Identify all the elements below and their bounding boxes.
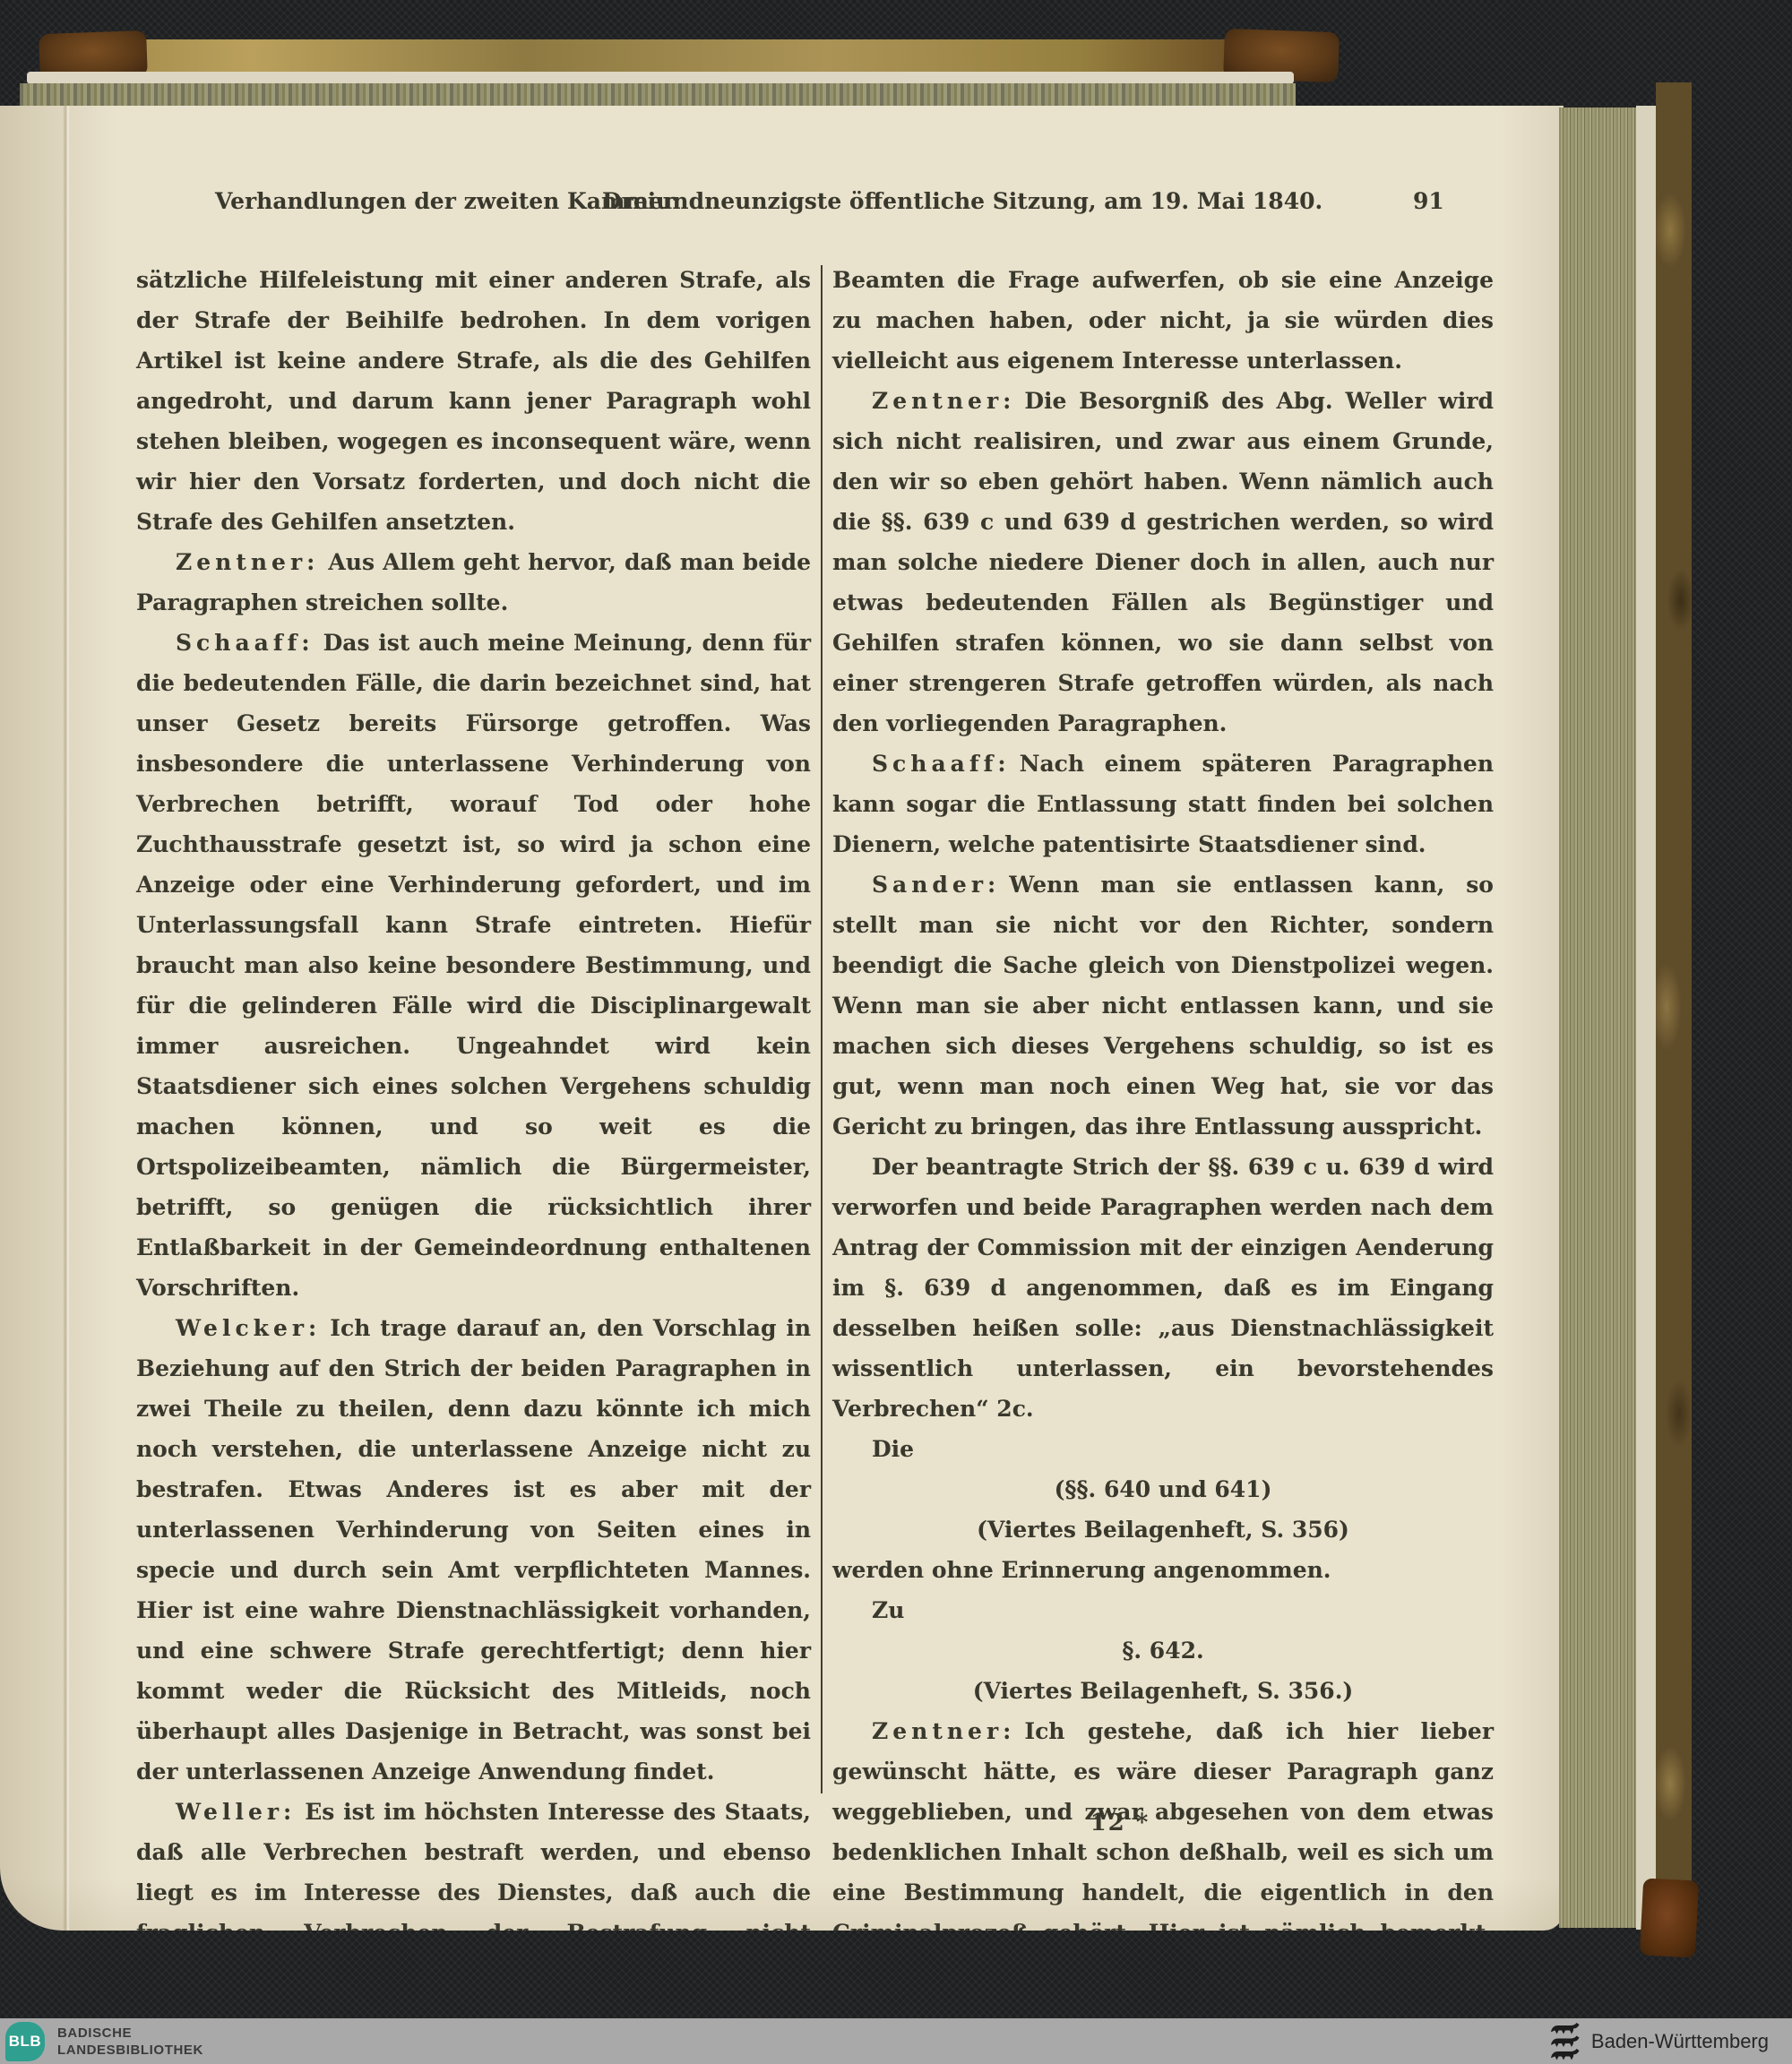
- paragraph: Die: [832, 1429, 1494, 1469]
- scanned-book-page: Verhandlungen der zweiten Kammer Dreiund…: [0, 106, 1564, 1931]
- paragraph: §. 642.: [832, 1630, 1494, 1671]
- viewer-footer-bar: BLB BADISCHE LANDESBIBLIOTHEK Baden-Würt…: [0, 2018, 1792, 2064]
- state-label: Baden-Württemberg: [1591, 2030, 1769, 2053]
- library-name-line2: LANDESBIBLIOTHEK: [57, 2042, 203, 2059]
- baden-wuerttemberg-lions-icon: [1550, 2023, 1581, 2060]
- book-fore-edge-pages: [1559, 107, 1636, 1928]
- printed-text-area: Verhandlungen der zweiten Kammer Dreiund…: [0, 106, 1564, 1931]
- text-column-left: sätzliche Hilfeleistung mit einer andere…: [136, 260, 811, 1931]
- speaker-name: Schaaff:: [872, 751, 1020, 777]
- text-column-right: Beamten die Frage aufwerfen, ob sie eine…: [832, 260, 1494, 1931]
- digitized-book-viewer: { "header": { "left_title": "Verhandlung…: [0, 0, 1792, 2064]
- signature-mark: 12 *: [1021, 1810, 1219, 1836]
- page-number: 91: [1413, 188, 1444, 214]
- speaker-name: Sander:: [872, 872, 1009, 898]
- book-leather-corner-bottom: [1640, 1878, 1699, 1957]
- paragraph: (§§. 640 und 641): [832, 1469, 1494, 1509]
- paragraph: Beamten die Frage aufwerfen, ob sie eine…: [832, 260, 1494, 381]
- speech-paragraph: Schaaff:Nach einem späteren Paragraphen …: [832, 744, 1494, 864]
- speech-paragraph: Sander:Wenn man sie entlassen kann, so s…: [832, 864, 1494, 1147]
- paragraph: Zu: [832, 1590, 1494, 1630]
- library-branding: BLB BADISCHE LANDESBIBLIOTHEK: [5, 2022, 203, 2061]
- book-marbled-cover-edge: [1656, 82, 1692, 1931]
- book-top-white-band: [27, 72, 1294, 84]
- state-branding: Baden-Württemberg: [1550, 2023, 1769, 2060]
- speech-paragraph: Weller:Es ist im höchsten Interesse des …: [136, 1792, 811, 1931]
- speech-paragraph: Zentner:Aus Allem geht hervor, daß man b…: [136, 542, 811, 623]
- speaker-name: Schaaff:: [176, 630, 323, 656]
- running-head-session-title: Dreiundneunzigste öffentliche Sitzung, a…: [602, 188, 1322, 214]
- book-top-page-edges: [52, 39, 1303, 73]
- blb-logo-acronym: BLB: [9, 2033, 41, 2051]
- paragraph: Der beantragte Strich der §§. 639 c u. 6…: [832, 1147, 1494, 1429]
- library-name: BADISCHE LANDESBIBLIOTHEK: [57, 2025, 203, 2059]
- library-name-line1: BADISCHE: [57, 2025, 203, 2042]
- speaker-name: Welcker:: [176, 1315, 330, 1341]
- speech-paragraph: Schaaff:Das ist auch meine Meinung, denn…: [136, 623, 811, 1308]
- speaker-name: Zentner:: [176, 549, 328, 575]
- paragraph: (Viertes Beilagenheft, S. 356.): [832, 1671, 1494, 1711]
- speaker-name: Weller:: [176, 1799, 305, 1825]
- speaker-name: Zentner:: [872, 388, 1024, 414]
- blb-logo-icon: BLB: [5, 2022, 45, 2061]
- column-divider-rule: [821, 265, 823, 1793]
- speaker-name: Zentner:: [872, 1718, 1024, 1744]
- paragraph: werden ohne Erinnerung angenommen.: [832, 1550, 1494, 1590]
- speech-paragraph: Welcker:Ich trage darauf an, den Vorschl…: [136, 1308, 811, 1792]
- book-endpaper-strip: [1636, 106, 1656, 1930]
- paragraph: sätzliche Hilfeleistung mit einer andere…: [136, 260, 811, 542]
- book-top-olive-band: [20, 83, 1296, 107]
- speech-paragraph: Zentner:Die Besorgniß des Abg. Weller wi…: [832, 381, 1494, 744]
- paragraph: (Viertes Beilagenheft, S. 356): [832, 1509, 1494, 1550]
